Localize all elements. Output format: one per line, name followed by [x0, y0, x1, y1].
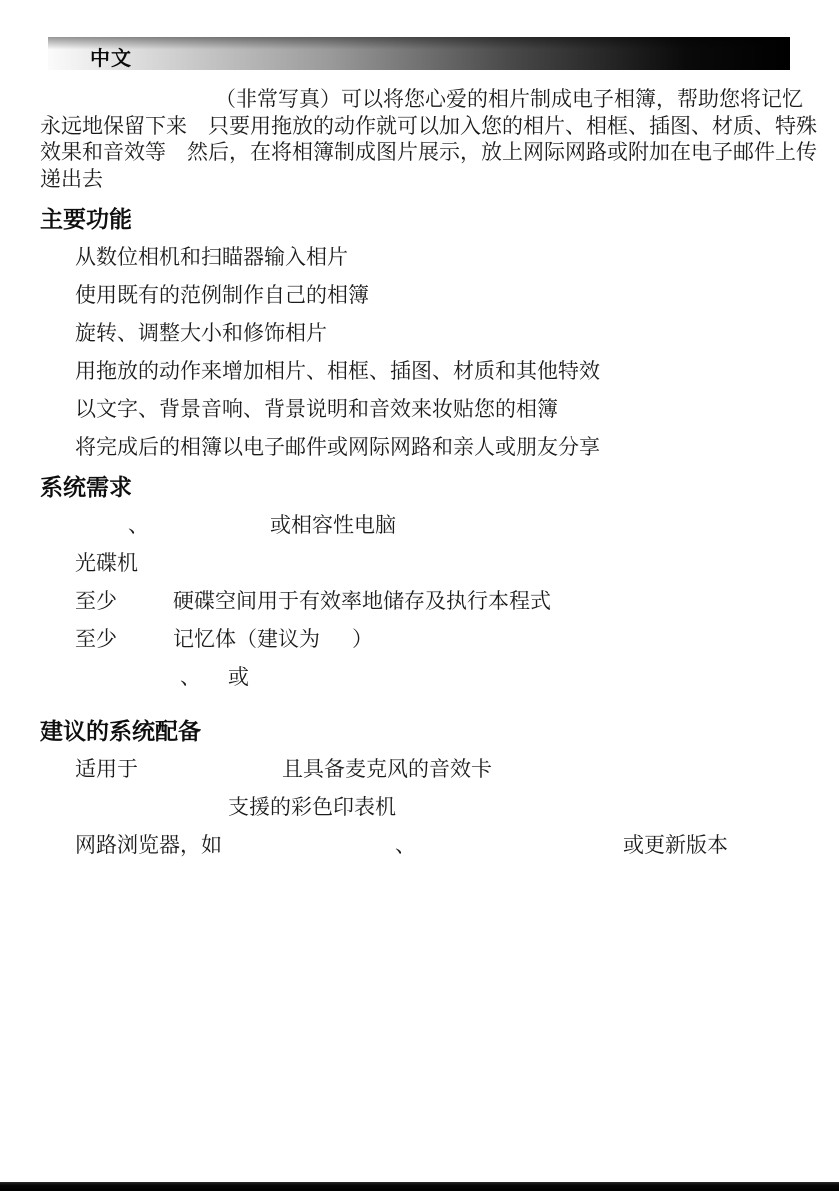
blank-gap: [416, 851, 623, 852]
requirement-text: 至少: [75, 627, 117, 651]
recommended-text: 支援的彩色印表机: [228, 795, 396, 819]
requirement-item-cdrom: 光碟机: [40, 552, 810, 574]
intro-line: 递出去: [40, 166, 810, 193]
section-heading-recommended-config: 建议的系统配备: [40, 718, 810, 745]
intro-line: （非常写真）可以将您心爱的相片制成电子相簿，帮助您将记忆: [40, 86, 810, 113]
section-system-requirements: 系统需求 、或相容性电脑 光碟机 至少硬碟空间用于有效率地储存及执行本程式 至少…: [40, 474, 810, 704]
blank-gap: [75, 683, 180, 684]
requirement-text: 记忆体（建议为: [173, 627, 320, 651]
blank-gap: [320, 645, 352, 646]
recommended-item-browser: 网路浏览器，如、或更新版本: [40, 834, 810, 856]
intro-line: 永远地保留下来 只要用拖放的动作就可以加入您的相片、相框、插图、材质、特殊: [40, 113, 810, 140]
requirement-text: ）: [352, 627, 373, 651]
recommended-list: 适用于且具备麦克风的音效卡 支援的彩色印表机 网路浏览器，如、或更新版本: [40, 758, 810, 856]
requirement-text: 或相容性电脑: [270, 513, 396, 537]
blank-gap: [117, 645, 173, 646]
blank-gap: [138, 775, 282, 776]
feature-item: 旋转、调整大小和修饰相片: [40, 322, 810, 344]
feature-item: 将完成后的相簿以电子邮件或网际网路和亲人或朋友分享: [40, 436, 810, 458]
recommended-text: 且具备麦克风的音效卡: [282, 757, 492, 781]
blank-gap: [149, 531, 270, 532]
blank-gap: [75, 531, 128, 532]
feature-item: 用拖放的动作来增加相片、相框、插图、材质和其他特效: [40, 360, 810, 382]
recommended-item-printer: 支援的彩色印表机: [40, 796, 810, 818]
blank-gap: [222, 851, 395, 852]
requirement-text: 硬碟空间用于有效率地储存及执行本程式: [173, 589, 551, 613]
language-banner: 中文: [48, 37, 790, 70]
language-banner-label: 中文: [90, 37, 132, 71]
requirement-item-disk: 至少硬碟空间用于有效率地储存及执行本程式: [40, 590, 810, 612]
requirement-text: 、: [180, 665, 201, 689]
intro-line: 效果和音效等 然后，在将相簿制成图片展示，放上网际网路或附加在电子邮件上传: [40, 139, 810, 166]
requirements-list: 、或相容性电脑 光碟机 至少硬碟空间用于有效率地储存及执行本程式 至少记忆体（建…: [40, 514, 810, 688]
section-recommended-config: 建议的系统配备 适用于且具备麦克风的音效卡 支援的彩色印表机 网路浏览器，如、或…: [40, 718, 810, 872]
recommended-text: 适用于: [75, 757, 138, 781]
section-heading-system-requirements: 系统需求: [40, 474, 810, 501]
blank-gap: [117, 607, 173, 608]
recommended-text: 、: [395, 833, 416, 857]
requirement-item-os: 、或: [40, 666, 810, 688]
features-list: 从数位相机和扫瞄器输入相片 使用既有的范例制作自己的相簿 旋转、调整大小和修饰相…: [40, 246, 810, 458]
requirement-text: 至少: [75, 589, 117, 613]
requirement-text: 或: [228, 665, 249, 689]
recommended-item-soundcard: 适用于且具备麦克风的音效卡: [40, 758, 810, 780]
requirement-text: 、: [128, 513, 149, 537]
recommended-text: 或更新版本: [623, 833, 728, 857]
section-main-features: 主要功能 从数位相机和扫瞄器输入相片 使用既有的范例制作自己的相簿 旋转、调整大…: [40, 206, 810, 474]
requirement-item-cpu: 、或相容性电脑: [40, 514, 810, 536]
section-heading-main-features: 主要功能: [40, 206, 810, 233]
feature-item: 以文字、背景音响、背景说明和音效来妆贴您的相簿: [40, 398, 810, 420]
requirement-item-memory: 至少记忆体（建议为）: [40, 628, 810, 650]
manual-page: 中文 （非常写真）可以将您心爱的相片制成电子相簿，帮助您将记忆 永远地保留下来 …: [0, 0, 839, 1191]
blank-gap: [201, 683, 228, 684]
page-bottom-scan-edge: [0, 1182, 839, 1191]
blank-gap: [75, 813, 228, 814]
feature-item: 使用既有的范例制作自己的相簿: [40, 284, 810, 306]
feature-item: 从数位相机和扫瞄器输入相片: [40, 246, 810, 268]
intro-paragraph: （非常写真）可以将您心爱的相片制成电子相簿，帮助您将记忆 永远地保留下来 只要用…: [40, 86, 810, 192]
recommended-text: 网路浏览器，如: [75, 833, 222, 857]
